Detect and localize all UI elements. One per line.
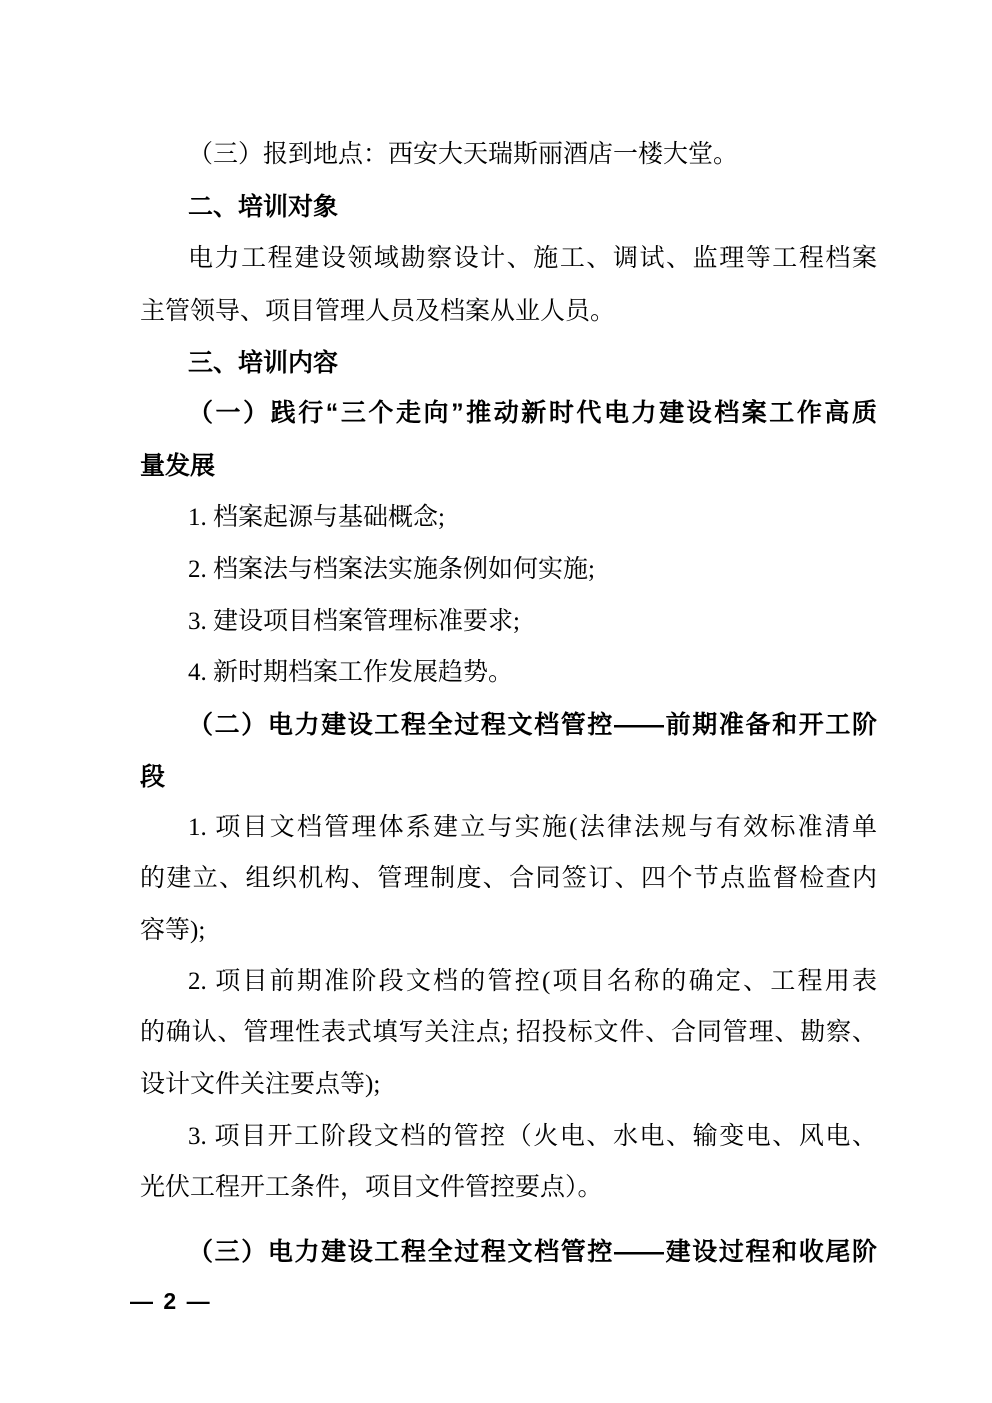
topic-2-item-2-line-1: 2. 项目前期准阶段文档的管控(项目名称的确定、工程用表 [140, 965, 877, 999]
heading-section-2-training-targets: 二、培训对象 [140, 190, 877, 224]
training-targets-line-1: 电力工程建设领域勘察设计、施工、调试、监理等工程档案 [140, 242, 877, 276]
heading-topic-1-line-1: （一）践行“三个走向”推动新时代电力建设档案工作高质 [140, 396, 877, 430]
topic-2-item-2-line-3: 设计文件关注要点等); [140, 1068, 877, 1102]
report-location-line: （三）报到地点：西安大天瑞斯丽酒店一楼大堂。 [140, 138, 877, 172]
topic-1-item-2: 2. 档案法与档案法实施条例如何实施; [140, 553, 877, 587]
topic-1-item-1: 1. 档案起源与基础概念; [140, 501, 877, 535]
heading-section-3-training-content: 三、培训内容 [140, 346, 877, 380]
document-page: （三）报到地点：西安大天瑞斯丽酒店一楼大堂。 二、培训对象 电力工程建设领域勘察… [0, 0, 992, 1403]
topic-2-item-3-line-2: 光伏工程开工条件，项目文件管控要点）。 [140, 1171, 877, 1205]
page-number: — 2 — [130, 1288, 212, 1315]
heading-topic-2-line-1: （二）电力建设工程全过程文档管控——前期准备和开工阶 [140, 708, 877, 742]
heading-topic-3-line-1: （三）电力建设工程全过程文档管控——建设过程和收尾阶 [140, 1235, 877, 1269]
training-targets-line-2: 主管领导、项目管理人员及档案从业人员。 [140, 295, 877, 329]
topic-1-item-3: 3. 建设项目档案管理标准要求; [140, 605, 877, 639]
topic-2-item-1-line-3: 容等); [140, 914, 877, 948]
topic-2-item-3-line-1: 3. 项目开工阶段文档的管控（火电、水电、输变电、风电、 [140, 1120, 877, 1154]
topic-2-item-1-line-2: 的建立、组织机构、管理制度、合同签订、四个节点监督检查内 [140, 862, 877, 896]
heading-topic-2-line-2: 段 [140, 760, 877, 794]
topic-2-item-1-line-1: 1. 项目文档管理体系建立与实施(法律法规与有效标准清单 [140, 811, 877, 845]
topic-1-item-4: 4. 新时期档案工作发展趋势。 [140, 656, 877, 690]
topic-2-item-2-line-2: 的确认、管理性表式填写关注点; 招投标文件、合同管理、勘察、 [140, 1016, 877, 1050]
heading-topic-1-line-2: 量发展 [140, 449, 877, 483]
